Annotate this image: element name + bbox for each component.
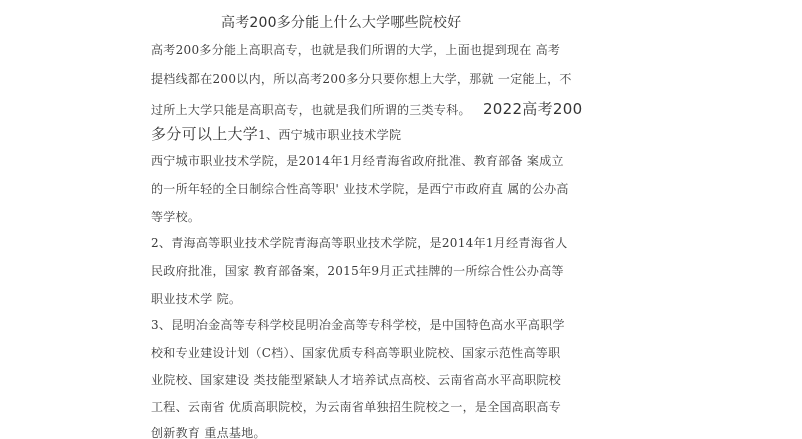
school3-line-2: 校和专业建设计划（C档）、国家优质专科高等职业院校、国家示范性高等职 bbox=[151, 344, 560, 361]
document-title: 高考200多分能上什么大学哪些院校好 bbox=[221, 12, 461, 32]
section-heading-part2: 多分可以上大学 bbox=[151, 125, 258, 143]
school1-line-1: 西宁城市职业技术学院，是2014年1月经青海省政府批准、教育部备 案成立 bbox=[151, 152, 564, 169]
school2-line-3: 职业技术学 院。 bbox=[151, 290, 241, 307]
intro-line-2: 提档线都在200以内，所以高考200多分只要你想上大学，那就 一定能上，不 bbox=[151, 70, 572, 87]
school2-line-1: 2、青海高等职业技术学院青海高等职业技术学院，是2014年1月经青海省人 bbox=[151, 234, 568, 251]
school2-line-2: 民政府批准，国家 教育部备案，2015年9月正式挂牌的一所综合性公办高等 bbox=[151, 262, 564, 279]
school1-line-3: 等学校。 bbox=[151, 208, 200, 225]
school3-line-4: 工程、云南省 优质高职院校，为云南省单独招生院校之一，是全国高职高专 bbox=[151, 398, 561, 415]
school3-line-5: 创新教育 重点基地。 bbox=[151, 424, 266, 439]
intro-line-1: 高考200多分能上高职高专，也就是我们所谓的大学，上面也提到现在 高考 bbox=[151, 41, 560, 58]
school1-line-2: 的一所年轻的全日制综合性高等职' 业技术学院，是西宁市政府直 属的公办高 bbox=[151, 180, 569, 197]
heading-line: 多分可以上大学1、西宁城市职业技术学院 bbox=[151, 123, 401, 144]
intro-line-3: 过所上大学只能是高职高专，也就是我们所谓的三类专科。 2022高考200 bbox=[151, 98, 582, 119]
intro-line-3-text: 过所上大学只能是高职高专，也就是我们所谓的三类专科。 bbox=[151, 103, 471, 117]
school1-label: 1、西宁城市职业技术学院 bbox=[258, 128, 401, 142]
section-heading-part1: 2022高考200 bbox=[483, 100, 583, 118]
document-page: 高考200多分能上什么大学哪些院校好 高考200多分能上高职高专，也就是我们所谓… bbox=[0, 0, 802, 439]
school3-line-3: 业院校、国家建设 类技能型紧缺人才培养试点高校、云南省高水平高职院校 bbox=[151, 371, 561, 388]
school3-line-1: 3、昆明冶金高等专科学校昆明冶金高等专科学校，是中国特色高水平高职学 bbox=[151, 316, 565, 333]
